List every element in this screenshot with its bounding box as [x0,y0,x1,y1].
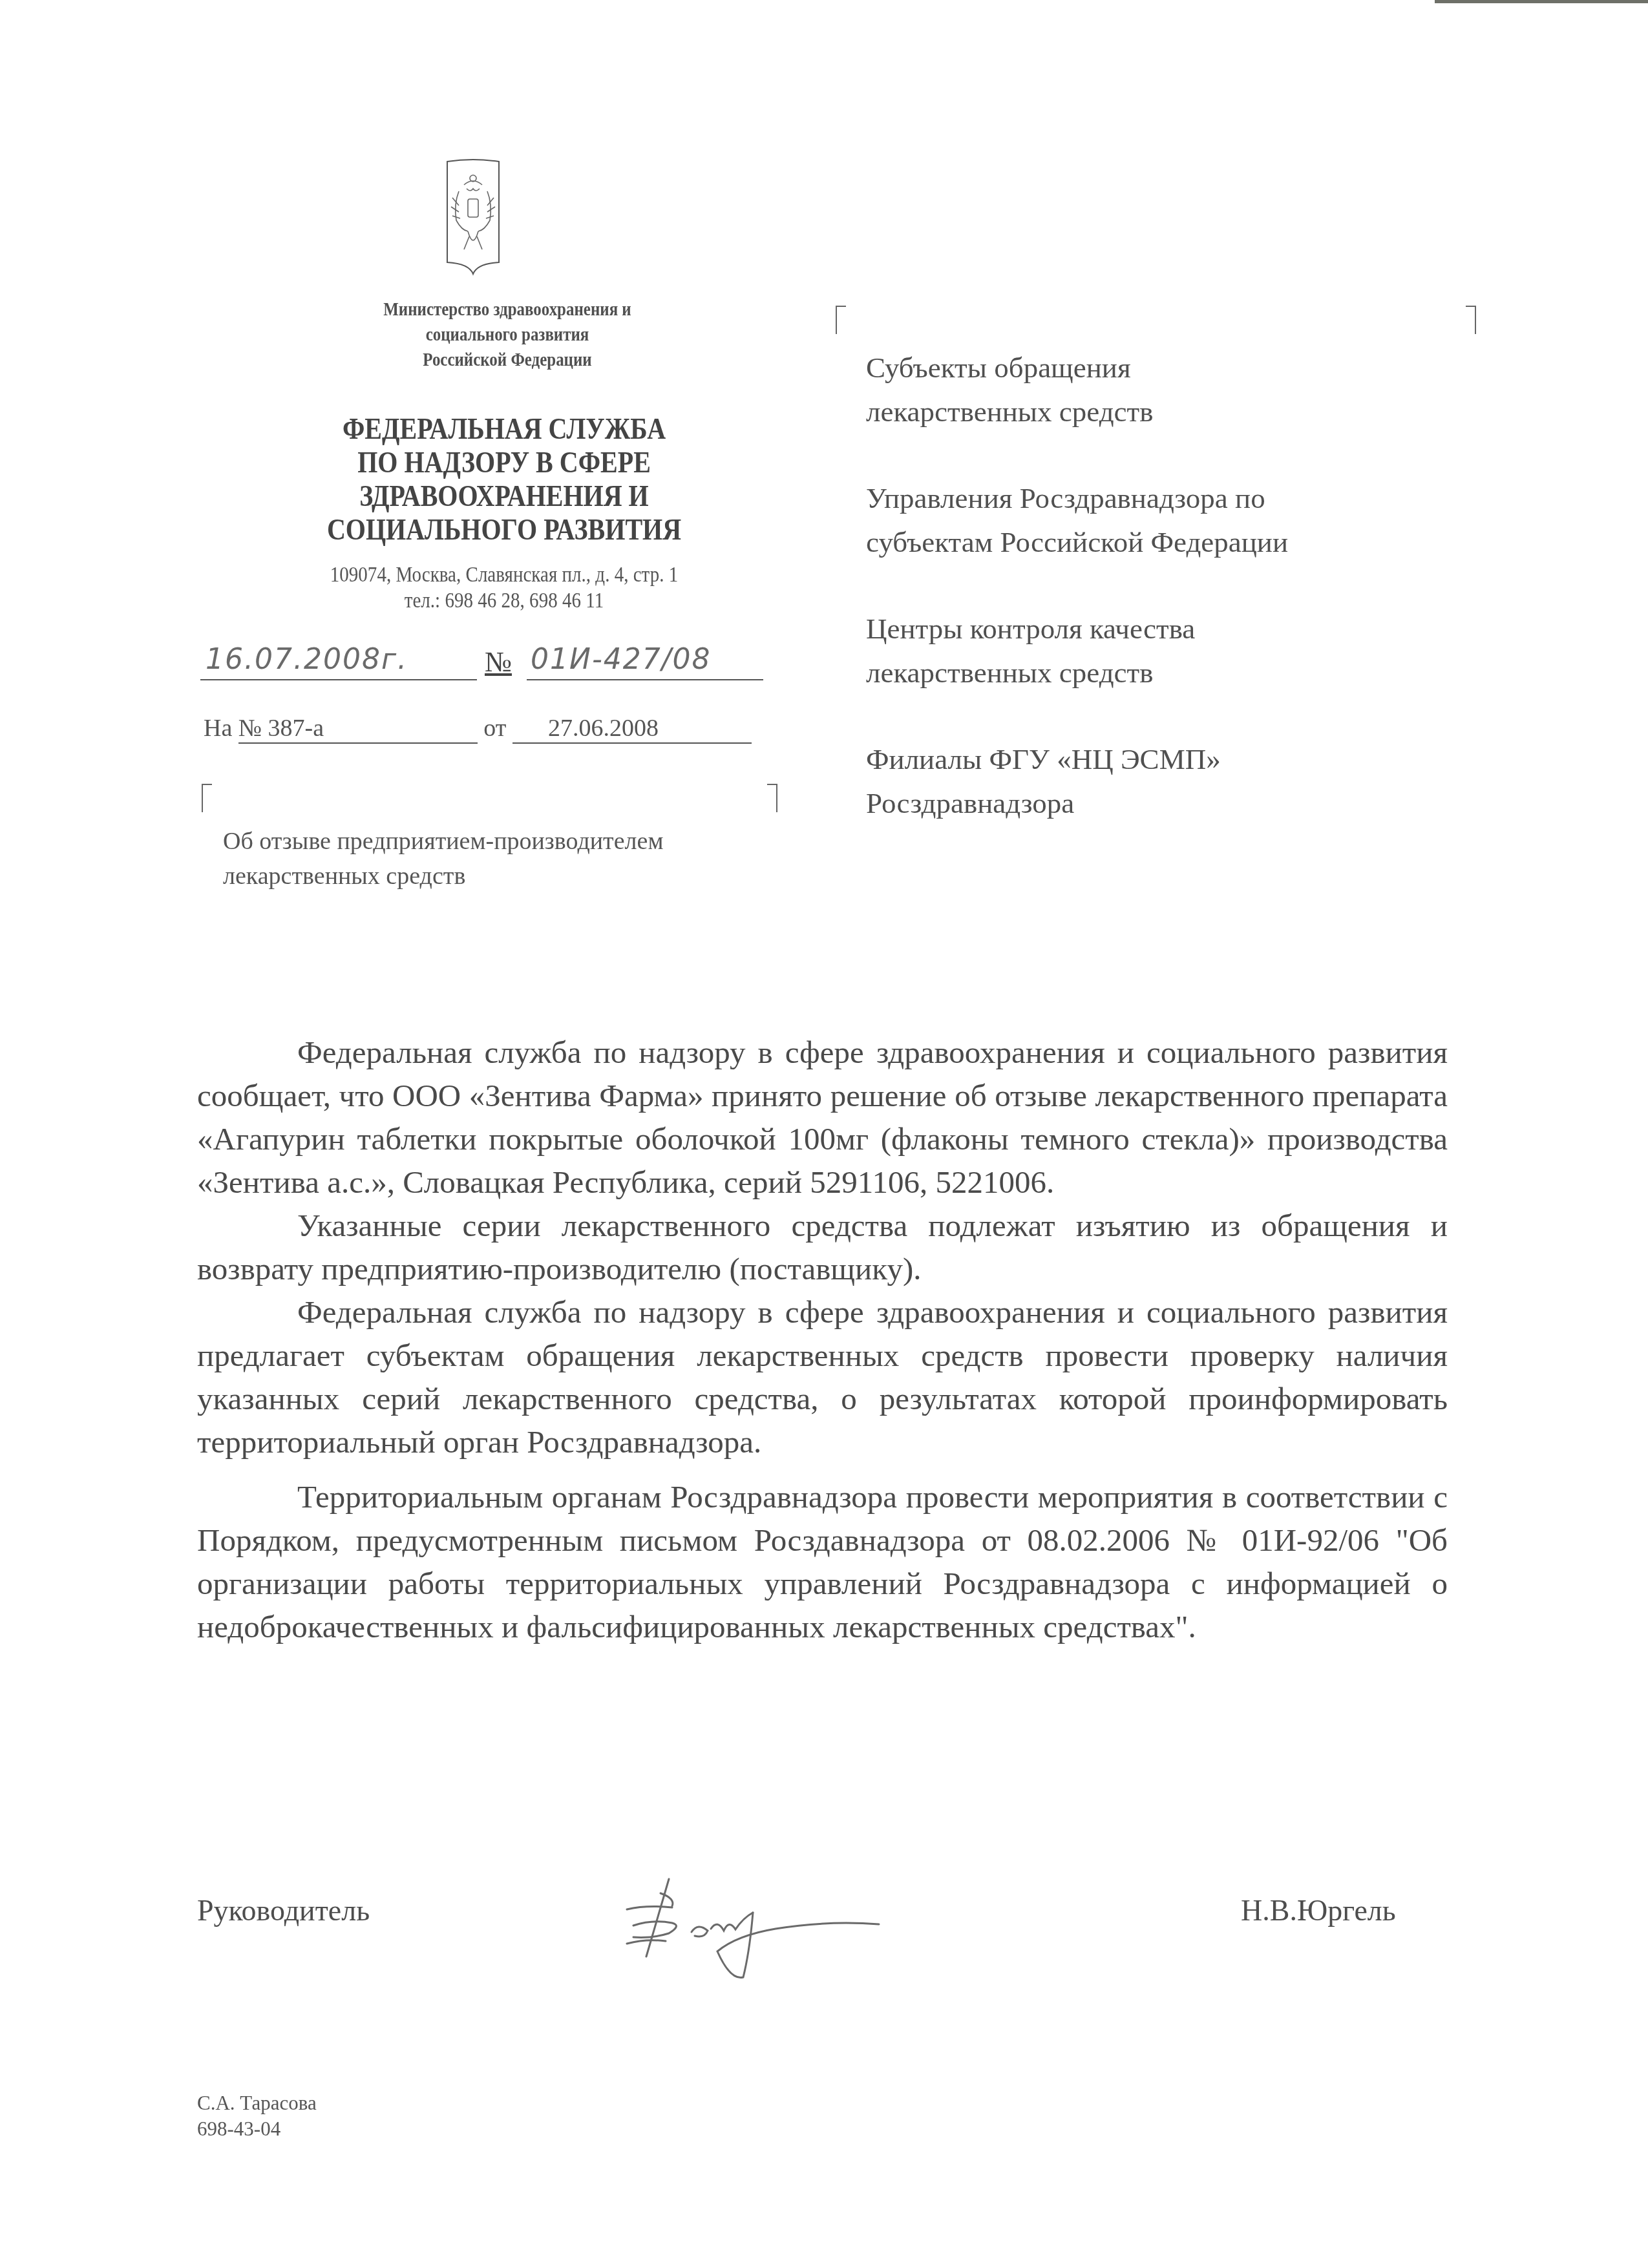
address-line: 109074, Москва, Славянская пл., д. 4, ст… [242,562,766,588]
addressee-line: Управления Росздравнадзора по [866,476,1448,520]
reply-number: № 387-а [238,714,478,744]
addressee: Филиалы ФГУ «НЦ ЭСМП» Росздравнадзора [866,737,1448,825]
registration-date: 16.07.2008г. [200,643,477,680]
letter-subject: Об отзыве предприятием-производителем ле… [223,824,830,894]
agency-line: СОЦИАЛЬНОГО РАЗВИТИЯ [251,513,757,547]
executor-phone: 698-43-04 [197,2116,317,2142]
addressee-line: Субъекты обращения [866,346,1448,390]
signatory-name: Н.В.Юргель [1241,1893,1396,1927]
agency-line: ПО НАДЗОРУ В СФЕРЕ [251,446,757,479]
letter-body: Федеральная служба по надзору в сфере зд… [197,1031,1448,1648]
reply-reference: На № 387-а от 27.06.2008 [204,714,752,744]
addressee: Центры контроля качества лекарственных с… [866,607,1448,695]
agency-line: ФЕДЕРАЛЬНАЯ СЛУЖБА [251,412,757,446]
number-sign: № [485,646,512,678]
executor-info: С.А. Тарасова 698-43-04 [197,2090,317,2142]
body-paragraph: Федеральная служба по надзору в сфере зд… [197,1031,1448,1204]
addressee-line: Филиалы ФГУ «НЦ ЭСМП» [866,737,1448,781]
ministry-name: Министерство здравоохранения и социально… [293,297,721,373]
agency-line: ЗДРАВООХРАНЕНИЯ И [251,479,757,513]
reply-from-label: от [483,715,506,742]
coat-of-arms-icon [445,159,502,282]
bracket-top-left [836,306,846,334]
subject-line: Об отзыве предприятием-производителем [223,824,830,859]
executor-name: С.А. Тарасова [197,2090,317,2116]
addressee-line: Росздравнадзора [866,781,1448,825]
bracket-top-left [202,784,212,812]
phone-line: тел.: 698 46 28, 698 46 11 [242,588,766,614]
ministry-line: социального развития [293,322,721,348]
agency-name: ФЕДЕРАЛЬНАЯ СЛУЖБА ПО НАДЗОРУ В СФЕРЕ ЗД… [251,412,757,547]
addressee-line: лекарственных средств [866,651,1448,695]
body-paragraph: Территориальным органам Росздравнадзора … [197,1475,1448,1648]
addressee: Субъекты обращения лекарственных средств [866,346,1448,434]
registration-line: 16.07.2008г. № 01И-427/08 [200,643,795,688]
bracket-top-right [767,784,777,812]
ministry-line: Российской Федерации [293,348,721,373]
registration-number: 01И-427/08 [527,643,763,680]
reply-date: 27.06.2008 [512,714,752,744]
reply-prefix: На [204,715,232,742]
agency-address: 109074, Москва, Славянская пл., д. 4, ст… [242,562,766,614]
addressee-line: субъектам Российской Федерации [866,520,1448,564]
addressee-line: Центры контроля качества [866,607,1448,651]
subject-line: лекарственных средств [223,859,830,894]
body-paragraph: Указанные серии лекарственного средства … [197,1204,1448,1290]
ministry-line: Министерство здравоохранения и [293,297,721,322]
addressee-line: лекарственных средств [866,390,1448,434]
addressee: Управления Росздравнадзора по субъектам … [866,476,1448,564]
handwritten-signature-icon [620,1874,1008,1984]
addressee-list: Субъекты обращения лекарственных средств… [866,346,1448,868]
signatory-role: Руководитель [197,1893,370,1927]
body-paragraph: Федеральная служба по надзору в сфере зд… [197,1290,1448,1464]
bracket-top-right [1466,306,1476,334]
scan-edge [1435,0,1648,3]
